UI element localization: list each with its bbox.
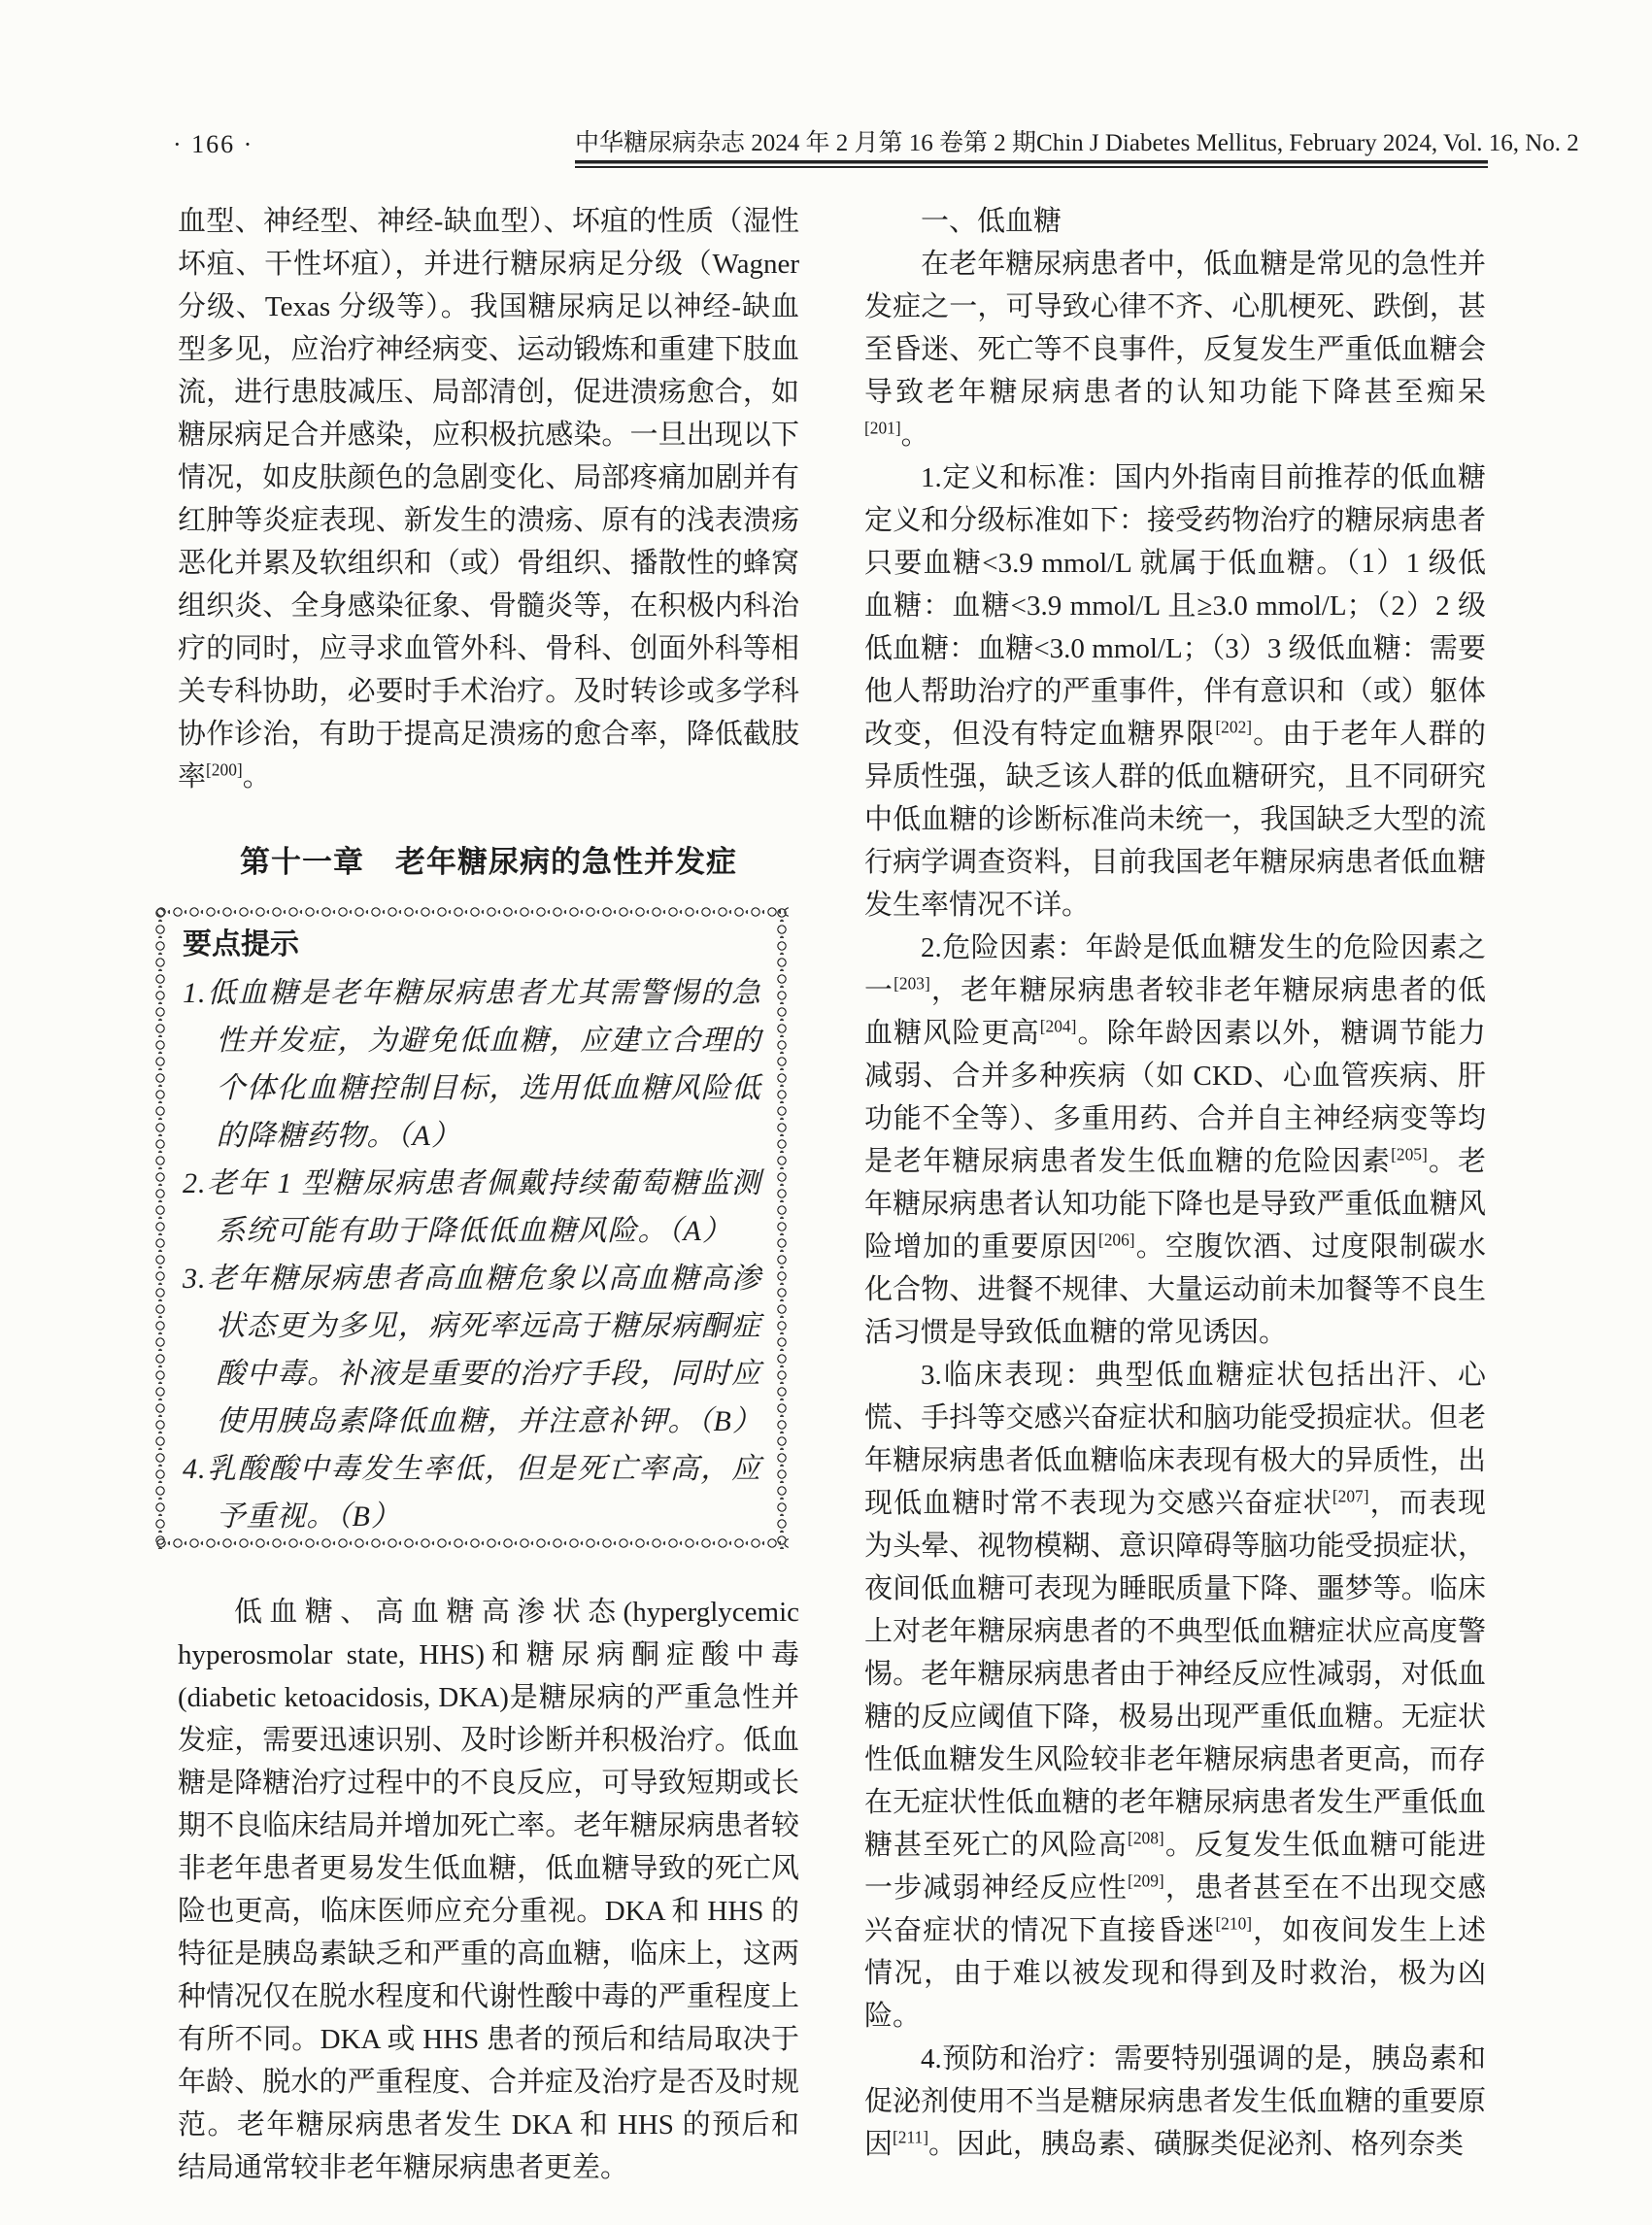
- scallop-border-left: [153, 905, 167, 1550]
- section-heading-hypoglycemia: 一、低血糖: [864, 200, 1486, 243]
- paragraph-risk-factors: 2.危险因素：年龄是低血糖发生的危险因素之一[203]，老年糖尿病患者较非老年糖…: [864, 927, 1486, 1354]
- chapter-title: 第十一章 老年糖尿病的急性并发症: [178, 839, 799, 886]
- scallop-border-right: [775, 905, 789, 1550]
- paragraph-prevention: 4.预防和治疗：需要特别强调的是，胰岛素和促泌剂使用不当是糖尿病患者发生低血糖的…: [864, 2038, 1486, 2166]
- paragraph-foot-care: 血型、神经型、神经-缺血型）、坏疽的性质（湿性坏疽、干性坏疽），并进行糖尿病足分…: [178, 200, 799, 798]
- key-point-item: 1.低血糖是老年糖尿病患者尤其需警惕的急性并发症，为避免低血糖，应建立合理的个体…: [183, 969, 761, 1160]
- scallop-border-top: [153, 905, 789, 919]
- left-column: 血型、神经型、神经-缺血型）、坏疽的性质（湿性坏疽、干性坏疽），并进行糖尿病足分…: [178, 200, 799, 2189]
- key-points-box: 要点提示 1.低血糖是老年糖尿病患者尤其需警惕的急性并发症，为避免低血糖，应建立…: [153, 905, 789, 1550]
- paragraph-overview: 低血糖、高血糖高渗状态(hyperglycemic hyperosmolar s…: [178, 1591, 799, 2189]
- paragraph-intro: 在老年糖尿病患者中，低血糖是常见的急性并发症之一，可导致心律不齐、心肌梗死、跌倒…: [864, 243, 1486, 456]
- paragraph-clinical: 3.临床表现：典型低血糖症状包括出汗、心慌、手抖等交感兴奋症状和脑功能受损症状。…: [864, 1354, 1486, 2038]
- scallop-border-bottom: [153, 1536, 789, 1550]
- key-point-item: 3.老年糖尿病患者高血糖危象以高血糖高渗状态更为多见，病死率远高于糖尿病酮症酸中…: [183, 1255, 761, 1445]
- journal-title-en: Chin J Diabetes Mellitus, February 2024,…: [1036, 130, 1579, 156]
- journal-page: · 166 · 中华糖尿病杂志 2024 年 2 月第 16 卷第 2 期 Ch…: [0, 0, 1652, 2225]
- key-point-item: 2.老年 1 型糖尿病患者佩戴持续葡萄糖监测系统可能有助于降低低血糖风险。（A）: [183, 1160, 761, 1255]
- header-double-rule: [575, 160, 1488, 169]
- key-point-item: 4.乳酸酸中毒发生率低，但是死亡率高，应予重视。（B）: [183, 1445, 761, 1540]
- paragraph-definition: 1.定义和标准：国内外指南目前推荐的低血糖定义和分级标准如下：接受药物治疗的糖尿…: [864, 456, 1486, 927]
- page-number: · 166 ·: [173, 132, 253, 157]
- journal-header: 中华糖尿病杂志 2024 年 2 月第 16 卷第 2 期 Chin J Dia…: [575, 130, 1488, 156]
- key-points-title: 要点提示: [183, 921, 761, 969]
- journal-title-cn: 中华糖尿病杂志 2024 年 2 月第 16 卷第 2 期: [575, 130, 1036, 156]
- right-column: 一、低血糖 在老年糖尿病患者中，低血糖是常见的急性并发症之一，可导致心律不齐、心…: [864, 200, 1486, 2166]
